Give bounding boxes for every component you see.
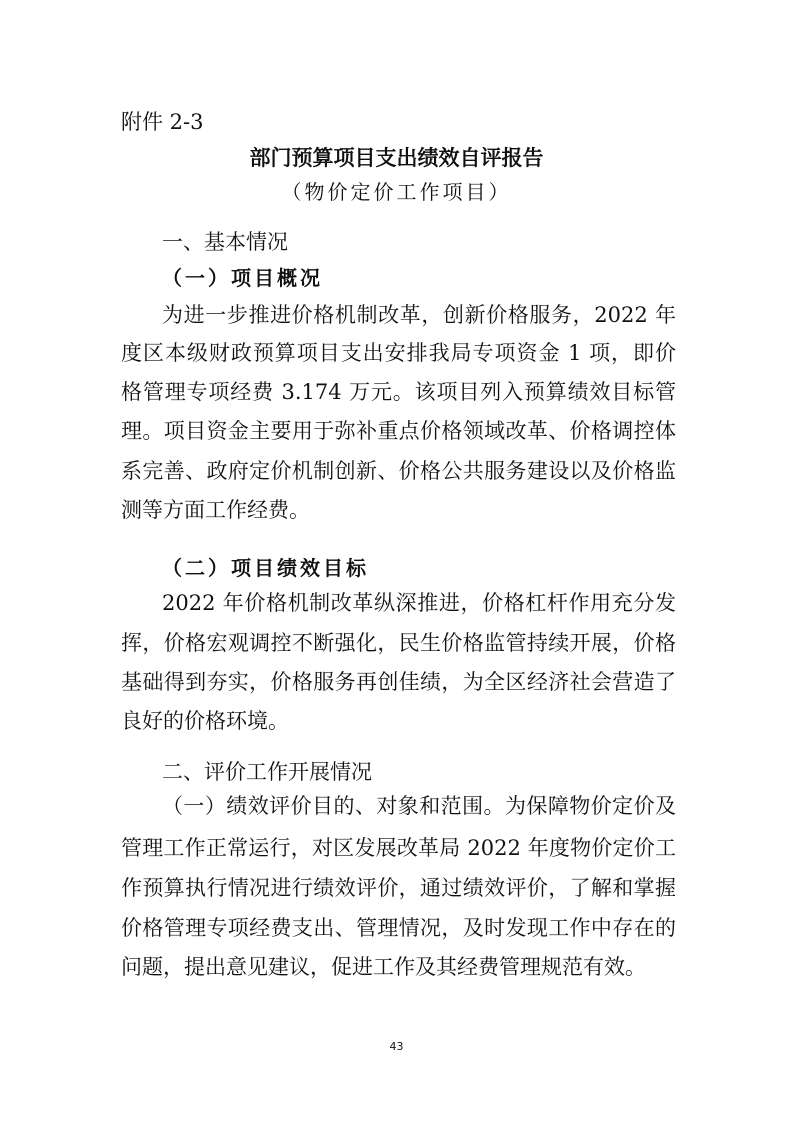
annex-label: 附件 2-3 [121,110,204,134]
page-number: 43 [0,1040,793,1053]
paragraph-line: 基础得到夯实，价格服务再创佳绩，为全区经济社会营造了 [121,670,676,694]
paragraph-line: （一）绩效评价目的、对象和范围。为保障物价定价及 [162,794,676,818]
paragraph-line: 问题，提出意见建议，促进工作及其经费管理规范有效。 [121,955,676,979]
paragraph-line: 价格管理专项经费支出、管理情况，及时发现工作中存在的 [121,916,676,940]
paragraph-line: 2022 年价格机制改革纵深推进，价格杠杆作用充分发 [162,591,676,615]
document-page: 附件 2-3 部门预算项目支出绩效自评报告 （物价定价工作项目） 一、基本情况 … [0,0,793,1122]
paragraph-line: 系完善、政府定价机制创新、价格公共服务建设以及价格监 [121,459,676,483]
paragraph-line: 为进一步推进价格机制改革，创新价格服务，2022 年 [162,303,676,327]
section-heading-basic-info: 一、基本情况 [162,229,288,255]
paragraph-line: 度区本级财政预算项目支出安排我局专项资金 1 项，即价 [121,341,676,365]
section-heading-evaluation: 二、评价工作开展情况 [162,759,372,785]
paragraph-line: 管理工作正常运行，对区发展改革局 2022 年度物价定价工 [121,836,676,860]
paragraph-line: 良好的价格环境。 [121,709,676,733]
paragraph-line: 作预算执行情况进行绩效评价，通过绩效评价，了解和掌握 [121,876,676,900]
paragraph-line: 理。项目资金主要用于弥补重点价格领域改革、价格调控体 [121,419,676,443]
paragraph-line: 格管理专项经费 3.174 万元。该项目列入预算绩效目标管 [121,380,676,404]
document-subtitle: （物价定价工作项目） [0,180,793,204]
document-title: 部门预算项目支出绩效自评报告 [0,145,793,171]
paragraph-line: 测等方面工作经费。 [121,498,676,522]
subsection-heading-overview: （一）项目概况 [162,265,323,291]
paragraph-line: 挥，价格宏观调控不断强化，民生价格监管持续开展，价格 [121,631,676,655]
subsection-heading-goals: （二）项目绩效目标 [162,555,369,581]
